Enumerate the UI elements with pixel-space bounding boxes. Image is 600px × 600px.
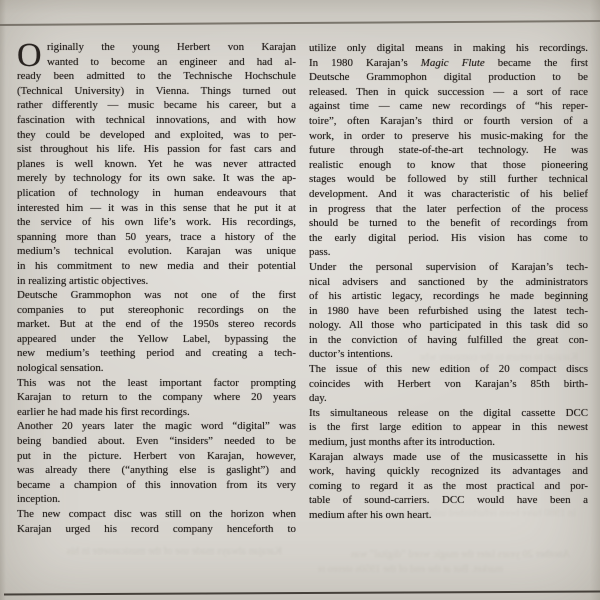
text-line: ready been admitted to the Technische Ho… [17,69,296,84]
text-line: Another 20 years later the magic word “d… [17,419,296,434]
text-line: in the conviction of having fulfilled th… [309,333,588,348]
text-line: spanning more than 50 years, trace a his… [17,230,296,245]
text-line: Deutsche Grammophon digital production t… [309,70,588,85]
text-line: realistic enough to know that those pion… [309,158,588,173]
text-line: Karajan urged his record company hencefo… [17,522,296,537]
text-line: they could be developed and exploited, w… [17,128,296,143]
text-line: nical advisers and sanctioned by the adm… [309,275,588,290]
text-line: released. Then in quick succession — a s… [309,85,588,100]
text-line: medium, just months after its introducti… [309,435,588,450]
text-line: sist throughout his life. His passion fo… [17,142,296,157]
text-line: medium’s technical evolution. Karajan wa… [17,244,296,259]
text-line: coincides with Herbert von Karajan’s 85t… [309,377,588,392]
text-line: wanted to become an engineer and had al- [17,55,296,70]
text-line: The issue of this new edition of 20 comp… [309,362,588,377]
text-column-left: riginally the young Herbert von Karajanw… [17,40,296,536]
text-line: coming to regard it as the most practica… [309,479,588,494]
text-line: In 1980 Karajan’s Magic Flute became the… [309,56,588,71]
text-line: day. [309,391,588,406]
text-line: new medium’s teething period and creatin… [17,346,296,361]
text-line: ductor’s intentions. [309,347,588,362]
text-line: planes is well known. Yet he was never a… [17,157,296,172]
text-line: Karajan always made use of the musicasse… [309,450,588,465]
text-line: Deutsche Grammophon was not one of the f… [17,288,296,303]
text-line: riginally the young Herbert von Karajan [17,40,296,55]
text-line: stages would be followed by still furthe… [309,172,588,187]
text-line: rather differently — music became his ca… [17,98,296,113]
text-line: The new compact disc was still on the ho… [17,507,296,522]
text-line: work, in order to preserve his music-mak… [309,129,588,144]
text-line: utilize only digital means in making his… [309,41,588,56]
text-line: being bandied about. Even “insiders” nee… [17,434,296,449]
text-line: future through state-of-the-art technolo… [309,143,588,158]
text-line: companies to put stereophonic recordings… [17,303,296,318]
text-line: the early digital period. His vision has… [309,231,588,246]
text-line: (Technical University) in Vienna. Things… [17,84,296,99]
text-line: of his artistic legacy, recordings he ma… [309,289,588,304]
text-line: put in the picture. Herbert von Karajan,… [17,449,296,464]
text-line: should be turned to the benefit of recor… [309,216,588,231]
text-line: against time — came new recordings of “h… [309,99,588,114]
text-line: work, having quickly recognized its adva… [309,464,588,479]
text-line: nology. All those who participated in th… [309,318,588,333]
text-line: earlier he had made his first recordings… [17,405,296,420]
text-line: is the first large edition to appear in … [309,420,588,435]
text-line: the service of his own life’s work. His … [17,215,296,230]
text-line: pass. [309,245,588,260]
text-column-right: utilize only digital means in making his… [309,41,588,523]
text-line: nological sensation. [17,361,296,376]
text-line: merely by technology for its own sake. I… [17,171,296,186]
text-line: table of sound-carriers. DCC would have … [309,493,588,508]
text-line: Its simultaneous release on the digital … [309,406,588,421]
text-line: inception. [17,492,296,507]
text-line: appeared under the Yellow Label, bypassi… [17,332,296,347]
text-line: in progress that the later perfection of… [309,202,588,217]
text-line: Karajan to return to the company where 2… [17,390,296,405]
text-line: development. And it was characteristic o… [309,187,588,202]
text-line: was already there (“anything else is gas… [17,463,296,478]
text-line: market. But at the end of the 1950s ster… [17,317,296,332]
text-line: interested him — it was in this sense th… [17,201,296,216]
text-line: Under the personal supervision of Karaja… [309,260,588,275]
text-line: became a champion of this innovation fro… [17,478,296,493]
text-line: toire”, often Karajan’s third or fourth … [309,114,588,129]
text-line: in realizing artistic objectives. [17,274,296,289]
text-line: medium after his own heart. [309,508,588,523]
text-line: in his commitment to new media and their… [17,259,296,274]
text-line: fascination with technical innovations, … [17,113,296,128]
text-line: This was not the least important factor … [17,376,296,391]
text-line: in 1980 have been refurbished using the … [309,304,588,319]
text-line: plication of technology in human endeavo… [17,186,296,201]
